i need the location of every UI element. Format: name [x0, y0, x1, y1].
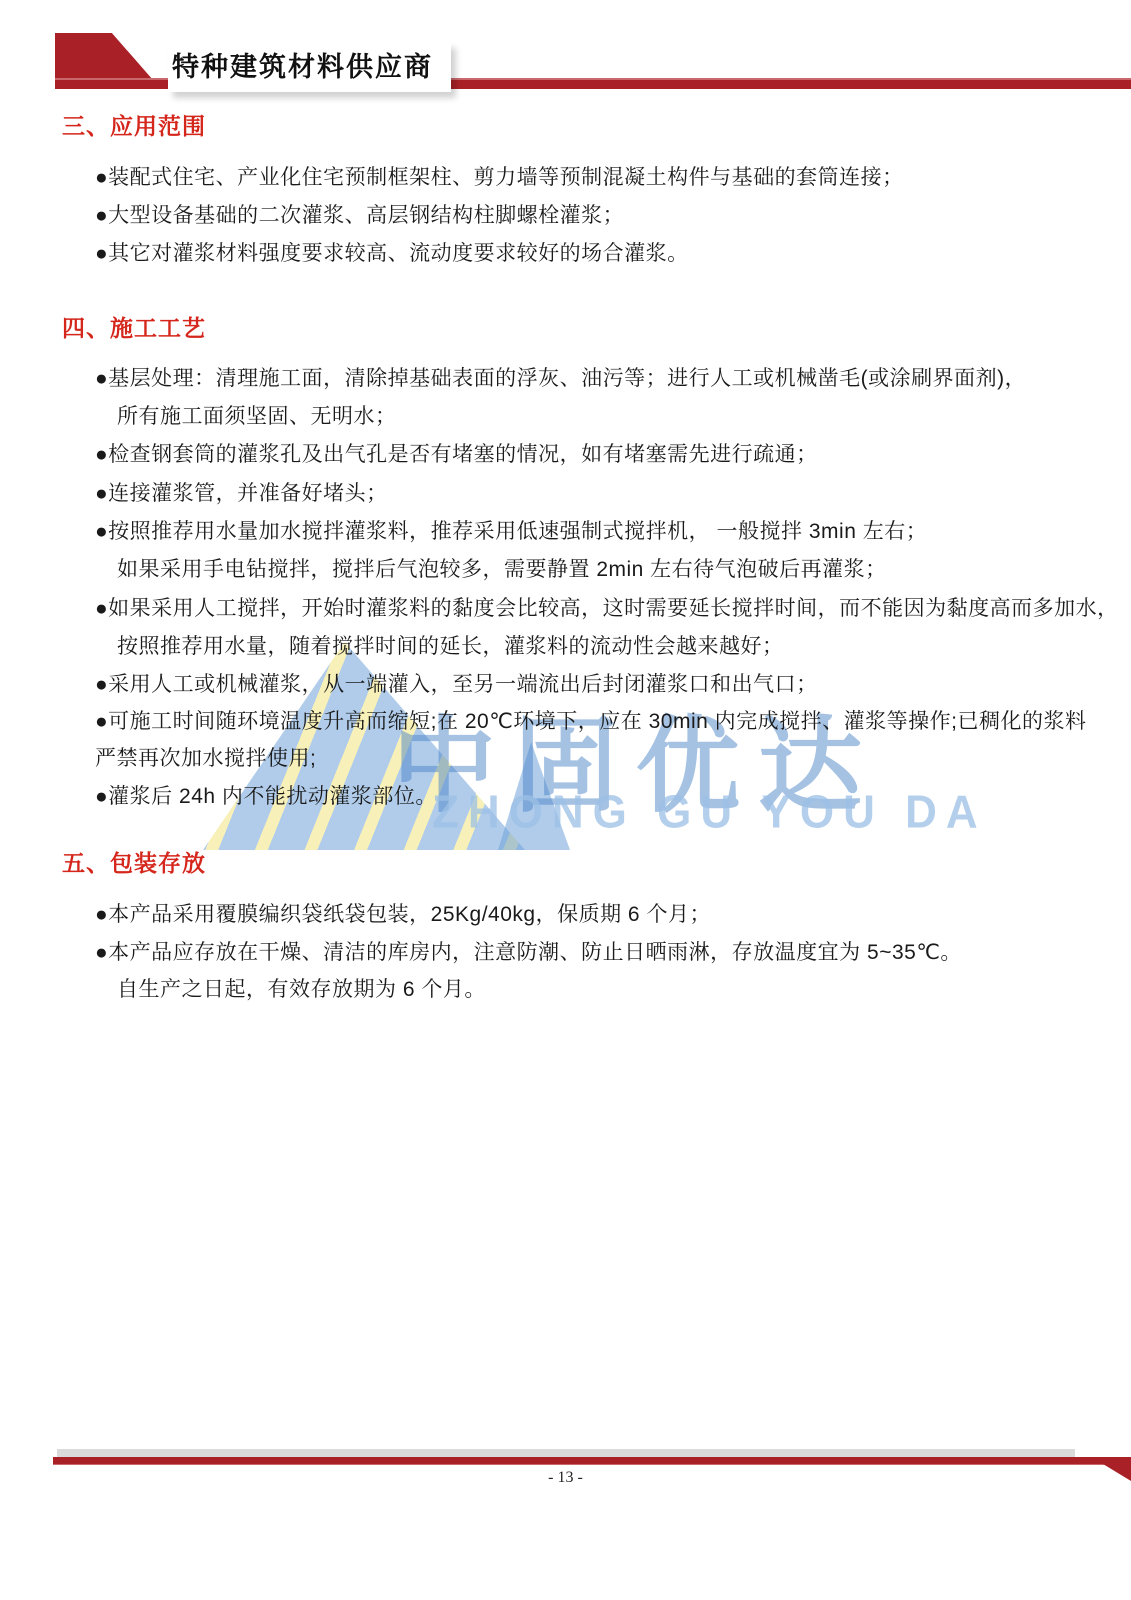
bullet-line: ●采用人工或机械灌浆，从一端灌入，至另一端流出后封闭灌浆口和出气口；: [95, 668, 818, 698]
footer-gray-bar: [57, 1449, 1075, 1457]
document-page: 特种建筑材料供应商 中固优达 ZHONG GU YOU DA 三、应用范围 ●装…: [0, 0, 1131, 1600]
bullet-line: ●其它对灌浆材料强度要求较高、流动度要求较好的场合灌浆。: [95, 237, 689, 267]
bullet-line: ●灌浆后 24h 内不能扰动灌浆部位。: [95, 780, 437, 810]
section-heading-packaging-storage: 五、包装存放: [62, 845, 206, 878]
header-red-shape: [55, 33, 153, 80]
page-number: - 13 -: [0, 1469, 1131, 1487]
page-header-title: 特种建筑材料供应商: [168, 42, 451, 92]
continuation-line: 按照推荐用水量，随着搅拌时间的延长，灌浆料的流动性会越来越好；: [117, 630, 784, 660]
continuation-line: 严禁再次加水搅拌使用;: [95, 742, 316, 772]
continuation-line: 如果采用手电钻搅拌，搅拌后气泡较多，需要静置 2min 左右待气泡破后再灌浆；: [117, 553, 887, 583]
bullet-line: ●基层处理：清理施工面，清除掉基础表面的浮灰、油污等；进行人工或机械凿毛(或涂刷…: [95, 362, 1026, 392]
bullet-line: ●大型设备基础的二次灌浆、高层钢结构柱脚螺栓灌浆；: [95, 199, 624, 229]
continuation-line: 所有施工面须坚固、无明水；: [117, 400, 397, 430]
bullet-line: ●本产品应存放在干燥、清洁的库房内，注意防潮、防止日晒雨淋，存放温度宜为 5~3…: [95, 936, 962, 966]
bullet-line: ●装配式住宅、产业化住宅预制框架柱、剪力墙等预制混凝土构件与基础的套筒连接；: [95, 161, 904, 191]
bullet-line: ●如果采用人工搅拌，开始时灌浆料的黏度会比较高，这时需要延长搅拌时间，而不能因为…: [95, 592, 1119, 622]
bullet-line: ●连接灌浆管，并准备好堵头；: [95, 477, 388, 507]
watermark-company-name-en: ZHONG GU YOU DA: [432, 787, 987, 840]
watermark-logo-triangle-small: [498, 742, 570, 850]
section-heading-construction-process: 四、施工工艺: [62, 310, 206, 343]
bullet-line: ●按照推荐用水量加水搅拌灌浆料，推荐采用低速强制式搅拌机， 一般搅拌 3min …: [95, 515, 927, 545]
bullet-line: ●检查钢套筒的灌浆孔及出气孔是否有堵塞的情况，如有堵塞需先进行疏通；: [95, 438, 818, 468]
footer-red-bar: [53, 1457, 1131, 1465]
section-heading-application-scope: 三、应用范围: [62, 108, 206, 141]
bullet-line: ●本产品采用覆膜编织袋纸袋包装，25Kg/40kg，保质期 6 个月；: [95, 898, 711, 928]
bullet-line: ●可施工时间随环境温度升高而缩短;在 20℃环境下，应在 30min 内完成搅拌…: [95, 705, 1087, 735]
continuation-line: 自生产之日起，有效存放期为 6 个月。: [117, 973, 486, 1003]
